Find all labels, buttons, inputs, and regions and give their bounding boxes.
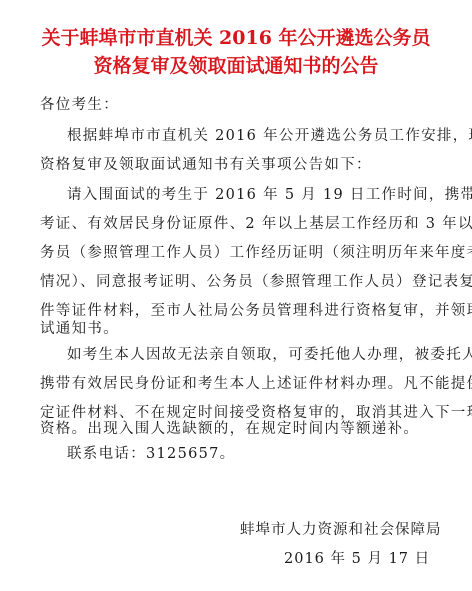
- paragraph-line: 考证、有效居民身份证原件、2 年以上基层工作经历和 3 年以上公: [40, 215, 425, 233]
- paragraph-line: 务员（参照管理工作人员）工作经历证明（须注明历年来年度考核: [40, 244, 425, 262]
- signature-organization: 蚌埠市人力资源和社会保障局: [240, 518, 442, 539]
- paragraph-line: 请入围面试的考生于 2016 年 5 月 19 日工作时间，携带笔试准: [67, 186, 425, 204]
- signature-date: 2016 年 5 月 17 日: [284, 547, 430, 568]
- paragraph-line: 情况）、同意报考证明、公务员（参照管理工作人员）登记表复印: [40, 273, 425, 291]
- contact-phone: 联系电话：3125657。: [67, 445, 425, 463]
- document-title-line-2: 资格复审及领取面试通知书的公告: [0, 51, 472, 78]
- document-title-line-1: 关于蚌埠市市直机关 2016 年公开遴选公务员: [0, 23, 472, 50]
- paragraph-line: 如考生本人因故无法亲自领取，可委托他人办理，被委托人需: [67, 346, 425, 364]
- paragraph-line: 携带有效居民身份证和考生本人上述证件材料办理。凡不能提供规: [40, 375, 425, 393]
- salutation: 各位考生：: [40, 96, 425, 114]
- paragraph-line: 资格复审及领取面试通知书有关事项公告如下：: [40, 156, 425, 174]
- paragraph-line: 根据蚌埠市市直机关 2016 年公开遴选公务员工作安排，现就: [67, 127, 425, 145]
- paragraph-line: 资格。出现入围人选缺额的，在规定时间内等额递补。: [40, 420, 425, 438]
- paragraph-line: 试通知书。: [40, 320, 425, 338]
- paragraph-line: 件等证件材料，至市人社局公务员管理科进行资格复审，并领取面: [40, 302, 425, 320]
